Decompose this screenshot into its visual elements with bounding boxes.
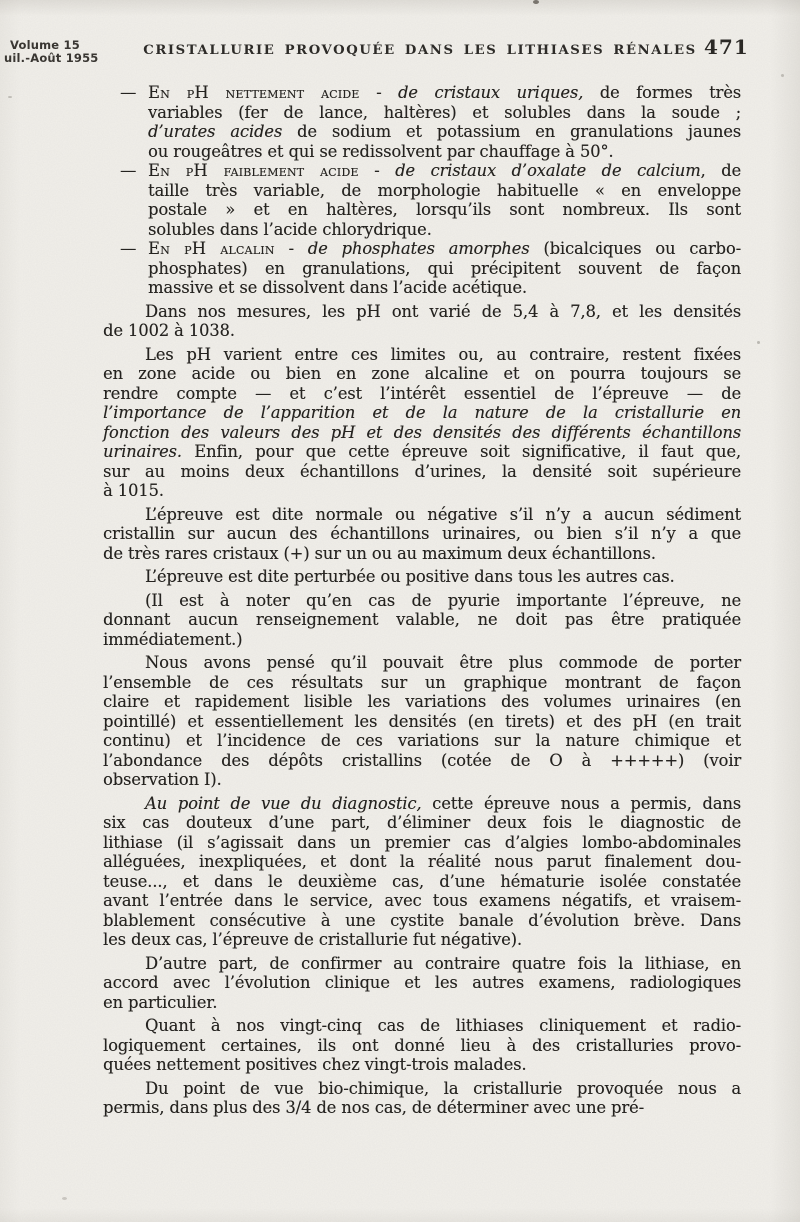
issue-date-line: uil.-Août 1955 <box>4 52 99 65</box>
text-line: continu) et l’incidence de ces variation… <box>103 731 741 751</box>
text-segment: alléguées, inexpliquées, et dont la réal… <box>103 852 741 871</box>
text-line: l’importance de l’apparition et de la na… <box>103 403 741 423</box>
text-line: permis, dans plus des 3/4 de nos cas, de… <box>103 1098 741 1118</box>
text-line: rendre compte — et c’est l’intérêt essen… <box>103 384 741 404</box>
text-segment: de très rares cristaux (+) sur un ou au … <box>103 544 656 563</box>
text-segment: permis, dans plus des 3/4 de nos cas, de… <box>103 1098 644 1117</box>
text-line: variables (fer de lance, haltères) et so… <box>148 103 741 123</box>
text-segment: urinaires. <box>103 442 182 461</box>
scan-speck <box>8 96 12 98</box>
text-line: avant l’entrée dans le service, avec tou… <box>103 891 741 911</box>
text-segment: quées nettement positives chez vingt-tro… <box>103 1055 527 1074</box>
text-segment: L’épreuve est dite normale ou négative s… <box>145 505 741 524</box>
paragraph: Quant à nos vingt-cinq cas de lithiases … <box>103 1016 741 1075</box>
text-segment: taille très variable, de morphologie hab… <box>148 181 741 200</box>
running-head-title: CRISTALLURIE PROVOQUÉE DANS LES LITHIASE… <box>140 43 700 58</box>
bullet-item: —En pH alcalin - de phosphates amorphes … <box>103 239 741 298</box>
text-segment: - <box>359 161 395 180</box>
text-segment: D’autre part, de confirmer au contraire … <box>145 954 741 973</box>
text-line: pointillé) et essentiellement les densit… <box>103 712 741 732</box>
text-line: L’épreuve est dite normale ou négative s… <box>103 505 741 525</box>
text-segment: teuse..., et dans le deuxième cas, d’une… <box>103 872 741 891</box>
text-line: L’épreuve est dite perturbée ou positive… <box>103 567 741 587</box>
text-segment: de cristaux uriques, <box>398 83 583 102</box>
text-line: Du point de vue bio-chimique, la cristal… <box>103 1079 741 1099</box>
text-line: en zone acide ou bien en zone alcaline e… <box>103 364 741 384</box>
text-line: de très rares cristaux (+) sur un ou au … <box>103 544 741 564</box>
text-line: accord avec l’évolution clinique et les … <box>103 973 741 993</box>
text-line: Dans nos mesures, les pH ont varié de 5,… <box>103 302 741 322</box>
text-segment: d’urates acides <box>148 122 282 141</box>
text-line: immédiatement.) <box>103 630 741 650</box>
text-line: d’urates acides de sodium et potassium e… <box>148 122 741 142</box>
page-body: —En pH nettement acide - de cristaux uri… <box>103 83 741 1118</box>
text-line: claire et rapidement lisible les variati… <box>103 692 741 712</box>
text-line: de 1002 à 1038. <box>103 321 741 341</box>
text-segment: de sodium et potassium en granulations j… <box>282 122 741 141</box>
text-line: en particulier. <box>103 993 741 1013</box>
journal-volume-block: Volume 15 uil.-Août 1955 <box>10 39 99 65</box>
paragraph: Dans nos mesures, les pH ont varié de 5,… <box>103 302 741 341</box>
scan-speck <box>781 74 784 77</box>
text-line: —En pH alcalin - de phosphates amorphes … <box>148 239 741 259</box>
text-segment: Enfin, pour que cette épreuve soit signi… <box>182 442 741 461</box>
text-line: l’ensemble de ces résultats sur un graph… <box>103 673 741 693</box>
text-line: quées nettement positives chez vingt-tro… <box>103 1055 741 1075</box>
paragraph: (Il est à noter qu’en cas de pyurie impo… <box>103 591 741 650</box>
text-line: six cas douteux d’une part, d’éliminer d… <box>103 813 741 833</box>
text-line: alléguées, inexpliquées, et dont la réal… <box>103 852 741 872</box>
scan-speck <box>62 1197 67 1200</box>
text-line: postale » et en haltères, lorsqu’ils son… <box>148 200 741 220</box>
text-segment: l’abondance des dépôts cristallins (coté… <box>103 751 741 770</box>
text-segment: En pH faiblement acide <box>148 161 359 180</box>
text-line: sur au moins deux échantillons d’urines,… <box>103 462 741 482</box>
text-line: les deux cas, l’épreuve de cristallurie … <box>103 930 741 950</box>
text-line: Au point de vue du diagnostic, cette épr… <box>103 794 741 814</box>
text-segment: l’importance de l’apparition et de la na… <box>103 403 741 422</box>
text-segment: Quant à nos vingt-cinq cas de lithiases … <box>145 1016 741 1035</box>
text-line: Nous avons pensé qu’il pouvait être plus… <box>103 653 741 673</box>
text-segment: continu) et l’incidence de ces variation… <box>103 731 741 750</box>
text-segment: lithiase (il s’agissait dans un premier … <box>103 833 741 852</box>
text-segment: blablement consécutive à une cystite ban… <box>103 911 741 930</box>
text-segment: cette épreuve nous a permis, dans <box>421 794 741 813</box>
bullet-item: —En pH faiblement acide - de cristaux d’… <box>103 161 741 239</box>
text-line: massive et se dissolvent dans l’acide ac… <box>148 278 741 298</box>
paragraph: D’autre part, de confirmer au contraire … <box>103 954 741 1013</box>
text-segment: postale » et en haltères, lorsqu’ils son… <box>148 200 741 219</box>
text-segment: immédiatement.) <box>103 630 242 649</box>
text-line: logiquement certaines, ils ont donné lie… <box>103 1036 741 1056</box>
paragraph: Du point de vue bio-chimique, la cristal… <box>103 1079 741 1118</box>
text-segment: (bicalciques ou carbo- <box>529 239 741 258</box>
text-line: lithiase (il s’agissait dans un premier … <box>103 833 741 853</box>
bullet-dash: — <box>120 83 136 103</box>
text-segment: de formes très <box>583 83 741 102</box>
text-segment: six cas douteux d’une part, d’éliminer d… <box>103 813 741 832</box>
text-line: taille très variable, de morphologie hab… <box>148 181 741 201</box>
text-segment: Du point de vue bio-chimique, la cristal… <box>145 1079 741 1098</box>
page-number: 471 <box>704 35 749 59</box>
text-line: solubles dans l’acide chlorydrique. <box>148 220 741 240</box>
text-line: teuse..., et dans le deuxième cas, d’une… <box>103 872 741 892</box>
text-segment: cristallin sur aucun des échantillons ur… <box>103 524 741 543</box>
paragraph: Les pH varient entre ces limites ou, au … <box>103 345 741 501</box>
text-segment: , de <box>701 161 741 180</box>
paragraph: L’épreuve est dite normale ou négative s… <box>103 505 741 564</box>
text-line: ou rougeâtres et qui se redissolvent par… <box>148 142 741 162</box>
paragraph: L’épreuve est dite perturbée ou positive… <box>103 567 741 587</box>
text-segment: en particulier. <box>103 993 217 1012</box>
text-line: observation I). <box>103 770 741 790</box>
bullet-dash: — <box>120 239 136 259</box>
text-line: —En pH nettement acide - de cristaux uri… <box>148 83 741 103</box>
text-line: D’autre part, de confirmer au contraire … <box>103 954 741 974</box>
text-segment: accord avec l’évolution clinique et les … <box>103 973 741 992</box>
text-segment: En pH nettement acide <box>148 83 360 102</box>
text-segment: pointillé) et essentiellement les densit… <box>103 712 741 731</box>
text-line: blablement consécutive à une cystite ban… <box>103 911 741 931</box>
text-segment: rendre compte — et c’est l’intérêt essen… <box>103 384 741 403</box>
paragraph: Au point de vue du diagnostic, cette épr… <box>103 794 741 950</box>
text-segment: massive et se dissolvent dans l’acide ac… <box>148 278 527 297</box>
text-segment: Au point de vue du diagnostic, <box>145 794 421 813</box>
bullet-dash: — <box>120 161 136 181</box>
bullet-item: —En pH nettement acide - de cristaux uri… <box>103 83 741 161</box>
text-segment: l’ensemble de ces résultats sur un graph… <box>103 673 741 692</box>
text-segment: observation I). <box>103 770 222 789</box>
text-segment: en zone acide ou bien en zone alcaline e… <box>103 364 741 383</box>
text-line: donnant aucun renseignement valable, ne … <box>103 610 741 630</box>
scan-speck <box>533 0 539 4</box>
text-segment: L’épreuve est dite perturbée ou positive… <box>145 567 675 586</box>
text-segment: de phosphates amorphes <box>308 239 530 258</box>
text-segment: Dans nos mesures, les pH ont varié de 5,… <box>145 302 741 321</box>
text-segment: En pH alcalin <box>148 239 275 258</box>
text-line: —En pH faiblement acide - de cristaux d’… <box>148 161 741 181</box>
text-segment: claire et rapidement lisible les variati… <box>103 692 741 711</box>
text-segment: de 1002 à 1038. <box>103 321 235 340</box>
text-segment: avant l’entrée dans le service, avec tou… <box>103 891 741 910</box>
scan-speck <box>757 341 760 344</box>
text-segment: fonction des valeurs des pH et des densi… <box>103 423 741 442</box>
text-segment: (Il est à noter qu’en cas de pyurie impo… <box>145 591 741 610</box>
text-segment: Les pH varient entre ces limites ou, au … <box>145 345 741 364</box>
text-segment: à 1015. <box>103 481 164 500</box>
text-line: Quant à nos vingt-cinq cas de lithiases … <box>103 1016 741 1036</box>
text-line: à 1015. <box>103 481 741 501</box>
text-line: phosphates) en granulations, qui précipi… <box>148 259 741 279</box>
text-line: urinaires. Enfin, pour que cette épreuve… <box>103 442 741 462</box>
text-segment: - <box>275 239 308 258</box>
text-segment: logiquement certaines, ils ont donné lie… <box>103 1036 741 1055</box>
text-segment: variables (fer de lance, haltères) et so… <box>148 103 741 122</box>
text-segment: donnant aucun renseignement valable, ne … <box>103 610 741 629</box>
text-segment: de cristaux d’oxalate de calcium <box>395 161 700 180</box>
paragraph: Nous avons pensé qu’il pouvait être plus… <box>103 653 741 790</box>
text-segment: phosphates) en granulations, qui précipi… <box>148 259 741 278</box>
text-segment: ou rougeâtres et qui se redissolvent par… <box>148 142 614 161</box>
text-segment: solubles dans l’acide chlorydrique. <box>148 220 432 239</box>
text-line: (Il est à noter qu’en cas de pyurie impo… <box>103 591 741 611</box>
text-line: l’abondance des dépôts cristallins (coté… <box>103 751 741 771</box>
text-line: fonction des valeurs des pH et des densi… <box>103 423 741 443</box>
text-segment: sur au moins deux échantillons d’urines,… <box>103 462 741 481</box>
text-segment: - <box>360 83 398 102</box>
text-line: cristallin sur aucun des échantillons ur… <box>103 524 741 544</box>
text-segment: les deux cas, l’épreuve de cristallurie … <box>103 930 522 949</box>
text-segment: Nous avons pensé qu’il pouvait être plus… <box>145 653 741 672</box>
text-line: Les pH varient entre ces limites ou, au … <box>103 345 741 365</box>
